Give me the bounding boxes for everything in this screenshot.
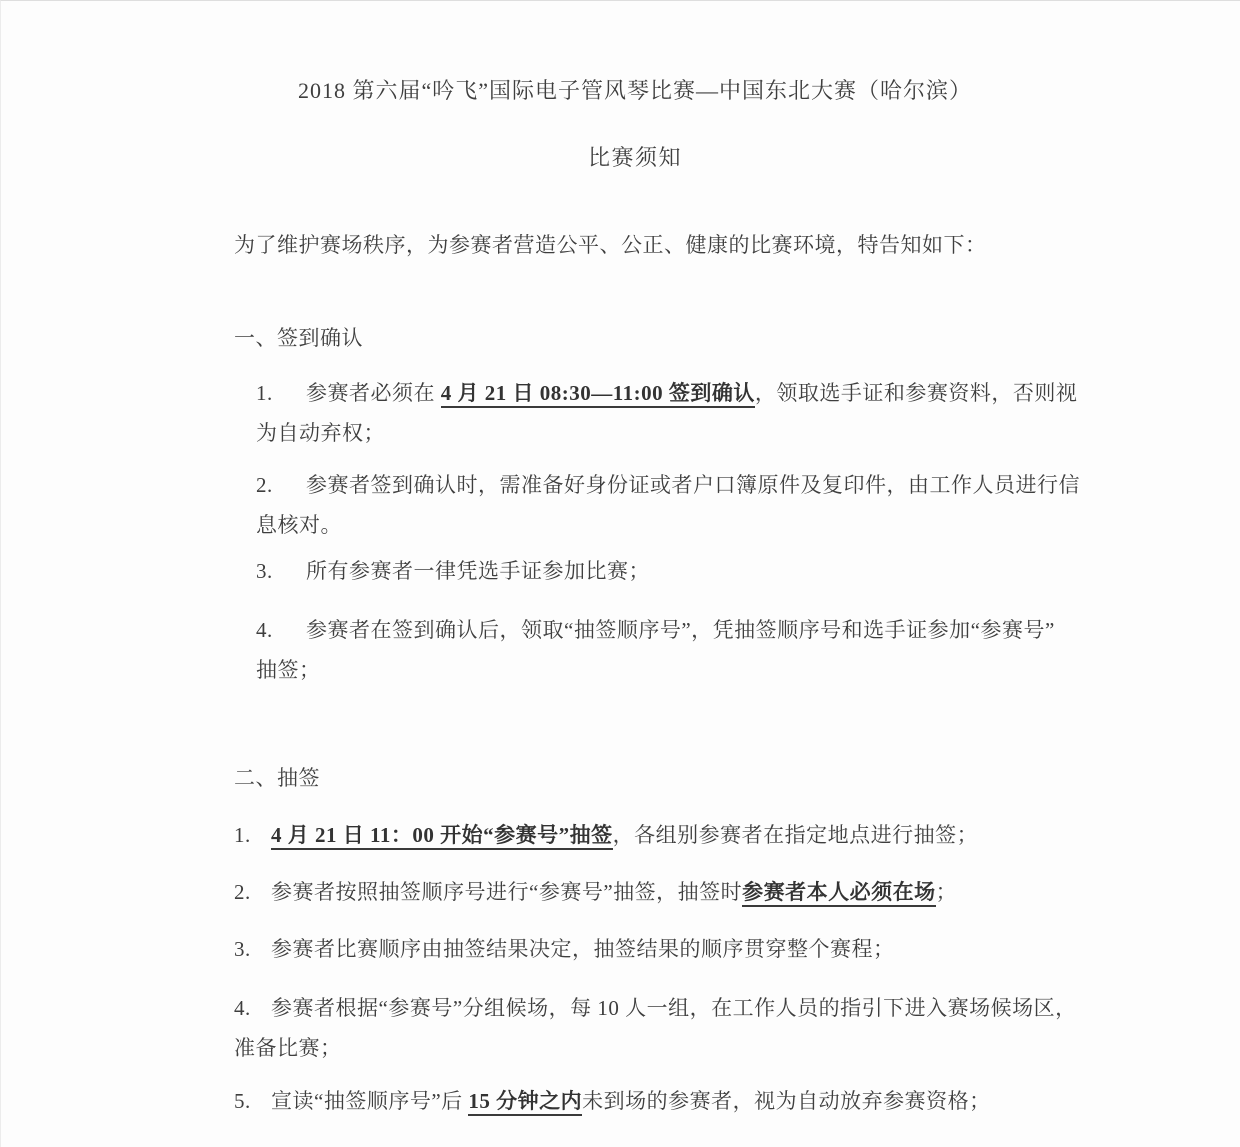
- intro-paragraph: 为了维护赛场秩序，为参赛者营造公平、公正、健康的比赛环境，特告知如下：: [234, 225, 1036, 265]
- item-line: 4.参赛者在签到确认后，领取“抽签顺序号”，凭抽签顺序号和选手证参加“参赛号”: [256, 610, 1058, 650]
- item-text: ，领取选手证和参赛资料，否则视: [755, 381, 1078, 405]
- item-number: 2.: [234, 872, 271, 912]
- item-number: 3.: [234, 929, 271, 969]
- item-text: 参赛者根据“参赛号”分组候场，每 10 人一组，在工作人员的指引下进入赛场候场区…: [271, 996, 1077, 1020]
- item-line: 4.参赛者根据“参赛号”分组候场，每 10 人一组，在工作人员的指引下进入赛场候…: [234, 988, 1036, 1028]
- item-text: 准备比赛；: [234, 1028, 1036, 1068]
- item-text-emphasis: 参赛者本人必须在场: [742, 880, 936, 907]
- item-line: 5.宣读“抽签顺序号”后 15 分钟之内未到场的参赛者，视为自动放弃参赛资格；: [234, 1081, 1036, 1121]
- section-2-item-2: 2.参赛者按照抽签顺序号进行“参赛号”抽签，抽签时参赛者本人必须在场；: [234, 872, 1036, 912]
- item-text: 参赛者必须在: [306, 381, 441, 405]
- item-line: 3.所有参赛者一律凭选手证参加比赛；: [256, 551, 1058, 591]
- section-2-item-1: 1.4 月 21 日 11：00 开始“参赛号”抽签，各组别参赛者在指定地点进行…: [234, 815, 1036, 855]
- section-1-item-4: 4.参赛者在签到确认后，领取“抽签顺序号”，凭抽签顺序号和选手证参加“参赛号” …: [234, 610, 1058, 690]
- item-text: 所有参赛者一律凭选手证参加比赛；: [306, 559, 650, 583]
- item-text: 参赛者比赛顺序由抽签结果决定，抽签结果的顺序贯穿整个赛程；: [271, 937, 895, 961]
- item-line: 1.4 月 21 日 11：00 开始“参赛号”抽签，各组别参赛者在指定地点进行…: [234, 815, 1036, 855]
- item-text: 参赛者在签到确认后，领取“抽签顺序号”，凭抽签顺序号和选手证参加“参赛号”: [306, 618, 1055, 642]
- item-line: 1.参赛者必须在 4 月 21 日 08:30—11:00 签到确认，领取选手证…: [256, 373, 1058, 413]
- item-line: 2.参赛者签到确认时，需准备好身份证或者户口簿原件及复印件，由工作人员进行信: [256, 465, 1058, 505]
- item-number: 2.: [256, 465, 306, 505]
- section-2-item-5: 5.宣读“抽签顺序号”后 15 分钟之内未到场的参赛者，视为自动放弃参赛资格；: [234, 1081, 1036, 1121]
- item-number: 1.: [256, 373, 306, 413]
- document-subtitle-row: 比赛须知: [234, 138, 1036, 178]
- item-text: 抽签；: [256, 650, 1058, 690]
- document-page: 2018 第六届“吟飞”国际电子管风琴比赛—中国东北大赛（哈尔滨） 比赛须知 为…: [0, 0, 1240, 1147]
- item-text-emphasis: 4 月 21 日 11：00 开始“参赛号”抽签: [271, 823, 613, 850]
- item-text: 参赛者签到确认时，需准备好身份证或者户口簿原件及复印件，由工作人员进行信: [306, 473, 1080, 497]
- document-content: 2018 第六届“吟飞”国际电子管风琴比赛—中国东北大赛（哈尔滨） 比赛须知 为…: [234, 1, 1036, 1147]
- item-number: 5.: [234, 1081, 271, 1121]
- item-text: 未到场的参赛者，视为自动放弃参赛资格；: [582, 1089, 991, 1113]
- item-number: 3.: [256, 551, 306, 591]
- item-text: 参赛者按照抽签顺序号进行“参赛号”抽签，抽签时: [271, 880, 742, 904]
- section-1-heading: 一、签到确认: [234, 318, 1036, 358]
- item-number: 4.: [256, 610, 306, 650]
- section-2-item-3: 3.参赛者比赛顺序由抽签结果决定，抽签结果的顺序贯穿整个赛程；: [234, 929, 1036, 969]
- section-2-item-4: 4.参赛者根据“参赛号”分组候场，每 10 人一组，在工作人员的指引下进入赛场候…: [234, 988, 1036, 1068]
- item-text: ，各组别参赛者在指定地点进行抽签；: [613, 823, 979, 847]
- item-text-emphasis: 15 分钟之内: [468, 1089, 582, 1116]
- section-1-item-3: 3.所有参赛者一律凭选手证参加比赛；: [234, 551, 1058, 591]
- item-text-emphasis: 4 月 21 日 08:30—11:00 签到确认: [441, 381, 755, 408]
- item-text: 息核对。: [256, 505, 1058, 545]
- item-number: 4.: [234, 988, 271, 1028]
- document-title: 2018 第六届“吟飞”国际电子管风琴比赛—中国东北大赛（哈尔滨）: [298, 78, 972, 103]
- section-1-item-2: 2.参赛者签到确认时，需准备好身份证或者户口簿原件及复印件，由工作人员进行信 息…: [234, 465, 1058, 545]
- item-text: 宣读“抽签顺序号”后: [271, 1089, 468, 1113]
- section-1-item-1: 1.参赛者必须在 4 月 21 日 08:30—11:00 签到确认，领取选手证…: [234, 373, 1058, 453]
- document-title-row: 2018 第六届“吟飞”国际电子管风琴比赛—中国东北大赛（哈尔滨）: [234, 71, 1036, 111]
- item-line: 3.参赛者比赛顺序由抽签结果决定，抽签结果的顺序贯穿整个赛程；: [234, 929, 1036, 969]
- document-subtitle: 比赛须知: [588, 145, 682, 170]
- item-text: 为自动弃权；: [256, 413, 1058, 453]
- item-number: 1.: [234, 815, 271, 855]
- item-line: 2.参赛者按照抽签顺序号进行“参赛号”抽签，抽签时参赛者本人必须在场；: [234, 872, 1036, 912]
- item-text: ；: [936, 880, 958, 904]
- section-2-heading: 二、抽签: [234, 758, 1036, 798]
